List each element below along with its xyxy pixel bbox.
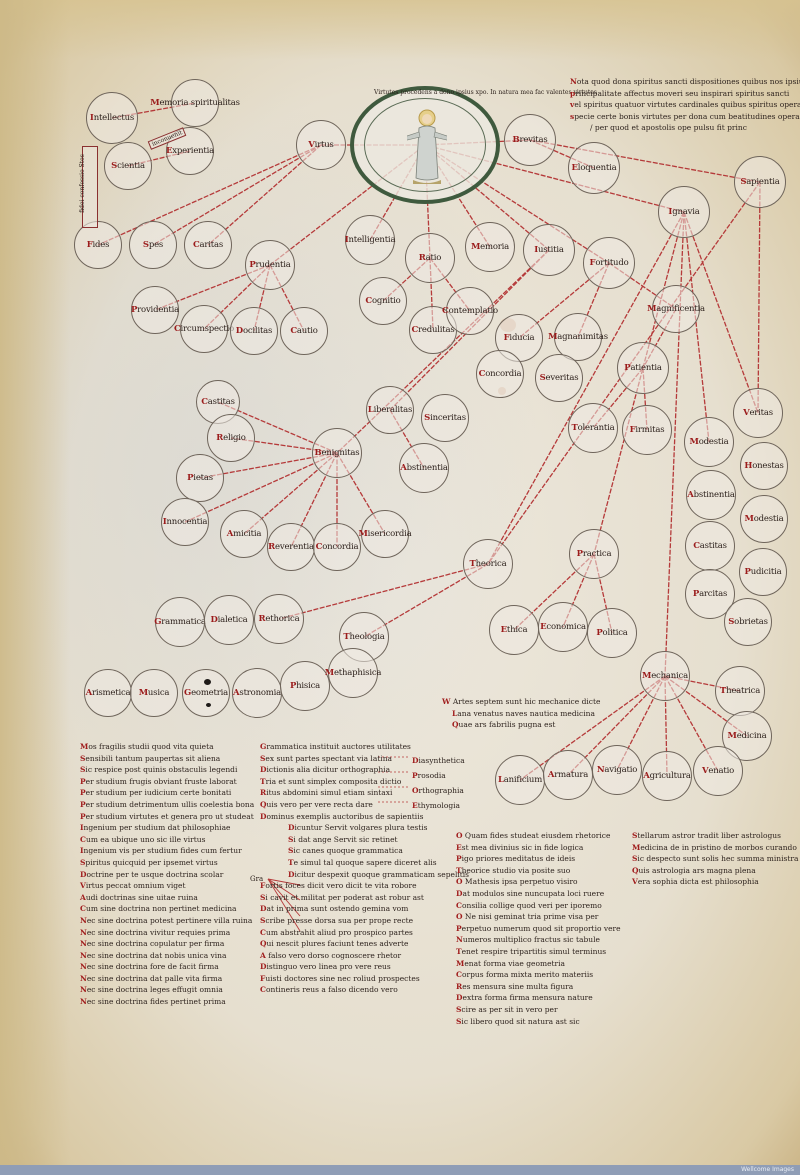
- node-label: Tolerantia: [571, 423, 614, 433]
- text-line: Ethymologia: [412, 798, 465, 813]
- text-column-3: O Quam fides studeat eiusdem rhetoriceEs…: [456, 830, 621, 1027]
- text-line: Dextra forma firma mensura nature: [456, 992, 621, 1004]
- virtue-node-astronomia: Astronomia: [232, 668, 282, 718]
- medallion-caption: Virtutes procedens a dono ipsius xpo. In…: [374, 89, 597, 96]
- node-label: Virtus: [308, 140, 333, 150]
- node-label: Brevitas: [512, 135, 547, 145]
- node-label: Reverentia: [268, 542, 314, 552]
- node-label: Concordia: [479, 369, 522, 379]
- node-label: Memoria spiritualitas: [150, 98, 240, 108]
- node-label: Musica: [139, 688, 170, 698]
- node-label: Spes: [143, 240, 163, 250]
- node-label: Dialetica: [210, 615, 247, 625]
- virtue-node-misericordia: Misericordia: [361, 510, 409, 558]
- virtue-node-economica: Economica: [538, 602, 588, 652]
- text-line: Per studium frugis obviant fruste labora…: [80, 776, 254, 788]
- text-line: Per studium detrimentum ullis coelestia …: [80, 799, 254, 811]
- virtue-node-musica: Musica: [130, 669, 178, 717]
- connector-line: [665, 212, 684, 676]
- text-line: Per studium per iudicium certe bonitati: [80, 787, 254, 799]
- text-line: Te simul tal quoque sapere diceret alis: [260, 857, 469, 869]
- virtue-node-ignavia: Ignavia: [658, 186, 710, 238]
- node-label: Prudentia: [249, 260, 290, 270]
- text-line: Numeros multiplico fractus sic tabule: [456, 934, 621, 946]
- text-line: Contineris reus a falso dicendo vero: [260, 984, 469, 996]
- text-line: Nec sine doctrina copulatur per firma: [80, 938, 254, 950]
- node-label: Venatio: [702, 766, 734, 776]
- virtue-node-eloquentia: Eloquentia: [568, 142, 620, 194]
- virtue-node-intelligentia: Intelligentia: [345, 215, 395, 265]
- text-line: Menat forma viae geometria: [456, 958, 621, 970]
- text-line: Lana venatus naves nautica medicina: [442, 708, 600, 720]
- virtue-node-modestia: Modestia: [684, 417, 734, 467]
- virtue-node-geometria: Geometria: [182, 669, 230, 717]
- node-label: Phisica: [290, 681, 320, 691]
- virtue-node-firmitas: Firmitas: [622, 405, 672, 455]
- node-label: Ignavia: [668, 207, 699, 217]
- text-line: W Artes septem sunt hic mechanice dicte: [442, 696, 600, 708]
- virtue-node-veritas: Veritas: [733, 388, 783, 438]
- text-line: Ingenium per studium dat philosophiae: [80, 822, 254, 834]
- text-line: / per quod et apostolis ope pulsu fit pr…: [570, 122, 800, 134]
- node-label: Cautio: [290, 326, 317, 336]
- text-line: Fortis foces dicit vero dicit te vita ro…: [260, 880, 469, 892]
- node-label: Benignitas: [315, 448, 360, 458]
- node-label: Sapientia: [740, 177, 779, 187]
- text-column-4: Stellarum astror tradit liber astrologus…: [632, 830, 798, 888]
- node-label: Misericordia: [358, 529, 411, 539]
- virtue-node-grammatica: Grammatica: [155, 597, 205, 647]
- text-line: Per studium virtutes et genera pro ut st…: [80, 811, 254, 823]
- virtue-node-sobrietas: Sobrietas: [724, 598, 772, 646]
- virtue-node-honestas: Honestas: [740, 442, 788, 490]
- virtue-node-venatio: Venatio: [693, 746, 743, 796]
- virtue-node-methaphisica: Methaphisica: [328, 648, 378, 698]
- node-label: Intellectus: [90, 113, 134, 123]
- virtue-node-pietas: Pietas: [176, 454, 224, 502]
- virtue-node-religio: Religio: [207, 414, 255, 462]
- node-label: Modestia: [745, 514, 784, 524]
- virtue-node-concordia2: Concordia: [313, 523, 361, 571]
- node-label: Agricultura: [643, 771, 691, 781]
- virtue-node-brevitas: Brevitas: [504, 114, 556, 166]
- node-label: Modestia: [690, 437, 729, 447]
- text-line: Dicuntur Servit volgares plura testis: [260, 822, 469, 834]
- virtue-node-arismetica: Arismetica: [84, 669, 132, 717]
- node-label: Mechanica: [642, 671, 688, 681]
- text-line: O Mathesis ipsa perpetuo visiro: [456, 876, 621, 888]
- text-line: O Ne nisi geminat tria prime visa per: [456, 911, 621, 923]
- node-label: Magnanimitas: [548, 332, 608, 342]
- virtue-node-abstinencia: Abstinentia: [686, 470, 736, 520]
- text-line: Si cavit et militat per poderat ast robu…: [260, 892, 469, 904]
- node-label: Lanificium: [498, 775, 542, 785]
- text-line: Cum sine doctrina non pertinet medicina: [80, 903, 254, 915]
- node-label: Pietas: [187, 473, 213, 483]
- ink-blot: [206, 703, 211, 707]
- text-line: Quae ars fabrilis pugna est: [442, 719, 600, 731]
- text-line: Scribe presse dorsa sua per prope recte: [260, 915, 469, 927]
- text-line: Res mensura sine multa figura: [456, 981, 621, 993]
- virtue-node-ratio: Ratio: [405, 233, 455, 283]
- ink-blot: [204, 679, 211, 685]
- text-line: Quis astrologia ars magna plena: [632, 865, 798, 877]
- node-label: Eloquentia: [572, 163, 617, 173]
- virtue-node-navigatio: Navigatio: [592, 745, 642, 795]
- node-label: Caritas: [193, 240, 223, 250]
- text-line: Nec sine doctrina potest pertinere villa…: [80, 915, 254, 927]
- virtue-node-concordia: Concordia: [476, 350, 524, 398]
- node-label: Amicitia: [227, 529, 261, 539]
- node-label: Circumspectio: [174, 324, 234, 334]
- node-label: Liberalitas: [368, 405, 412, 415]
- node-label: Politica: [596, 628, 627, 638]
- text-line: Cum ea ubique uno sic ille virtus: [80, 834, 254, 846]
- node-label: Credulitas: [411, 325, 454, 335]
- text-line: Si dat ange Servit sic retinet: [260, 834, 469, 846]
- text-line: Tenet respire tripartitis simul terminus: [456, 946, 621, 958]
- node-label: Pudicitia: [745, 567, 782, 577]
- virtue-node-dialetica: Dialetica: [204, 595, 254, 645]
- virtue-node-rethorica: Rethorica: [254, 594, 304, 644]
- node-label: Honestas: [744, 461, 783, 471]
- virtue-node-pudicitia: Pudicitia: [739, 548, 787, 596]
- text-line: Diasynthetica: [412, 753, 465, 768]
- node-label: Intelligentia: [345, 235, 396, 245]
- text-line: Orthographia: [412, 783, 465, 798]
- virtue-node-memoria: Memoria: [465, 222, 515, 272]
- virtue-node-contemplatio: Contemplatio: [446, 287, 494, 335]
- virtue-node-ethica: Ethica: [489, 605, 539, 655]
- node-label: Religio: [216, 433, 245, 443]
- node-label: Economica: [540, 622, 586, 632]
- grammar-bracket-label: Gra: [250, 875, 263, 883]
- text-line: Audi doctrinas sine uitae ruina: [80, 892, 254, 904]
- text-line: Ingenium vis per studium fides cum fertu…: [80, 845, 254, 857]
- node-label: Innocentia: [163, 517, 208, 527]
- text-line: Sensibili tantum paupertas sit aliena: [80, 753, 254, 765]
- text-line: Spiritus quicquid per ipsemet virtus: [80, 857, 254, 869]
- node-label: Contemplatio: [442, 306, 498, 316]
- node-label: Abstinentia: [400, 463, 448, 473]
- text-line: Sic despecto sunt solis hec summa minist…: [632, 853, 798, 865]
- virtue-node-patientia: Patientia: [617, 342, 669, 394]
- node-label: Fiducia: [504, 333, 535, 343]
- virtue-node-sinceritas: Sinceritas: [421, 394, 469, 442]
- node-label: Theatrica: [720, 686, 760, 696]
- node-label: Castitas: [693, 541, 727, 551]
- node-label: Docilitas: [236, 326, 272, 336]
- virtue-node-docilitas: Docilitas: [230, 307, 278, 355]
- node-label: Arismetica: [86, 688, 131, 698]
- node-label: Severitas: [540, 373, 579, 383]
- text-line: Theorice studio via posite suo: [456, 865, 621, 877]
- text-line: Nec sine doctrina dat nobis unica vina: [80, 950, 254, 962]
- virtue-node-scientia: Scientia: [104, 142, 152, 190]
- node-label: Armatura: [548, 770, 588, 780]
- node-label: Abstinentia: [687, 490, 735, 500]
- virtue-node-theatrica: Theatrica: [715, 666, 765, 716]
- virtue-node-mechanica: Mechanica: [640, 651, 690, 701]
- christ-medallion: Virtutes procedens a dono ipsius xpo. In…: [350, 86, 500, 204]
- virtue-node-intellectus: Intellectus: [86, 92, 138, 144]
- virtue-node-phisica: Phisica: [280, 661, 330, 711]
- virtue-node-cognitio: Cognitio: [359, 277, 407, 325]
- virtue-node-fides: Fides: [74, 221, 122, 269]
- virtue-node-politica: Politica: [587, 608, 637, 658]
- text-line: Virtus peccat omnium viget: [80, 880, 254, 892]
- virtue-node-providentia: Providentia: [131, 286, 179, 334]
- connector-line: [279, 564, 488, 619]
- text-line: Dicitur despexit quoque grammaticam sepe…: [260, 869, 469, 881]
- virtue-node-liberalitas: Liberalitas: [366, 386, 414, 434]
- node-label: Medicina: [727, 731, 766, 741]
- node-label: Experientia: [166, 146, 214, 156]
- text-line: Cum abstrahit aliud pro prospico partes: [260, 927, 469, 939]
- text-line: Mos fragilis studii quod vita quieta: [80, 741, 254, 753]
- virtue-node-prudentia: Prudentia: [245, 240, 295, 290]
- virtue-node-theorica: Theorica: [463, 539, 513, 589]
- text-line: principalitate affectus moveri seu inspi…: [570, 88, 800, 100]
- virtue-node-severitas: Severitas: [535, 354, 583, 402]
- node-label: Veritas: [743, 408, 773, 418]
- virtue-node-reverentia: Reverentia: [267, 523, 315, 571]
- text-line: specie certe bonis virtutes per dona cum…: [570, 111, 800, 123]
- virtue-node-amicitia: Amicitia: [220, 510, 268, 558]
- virtue-node-modestia2: Modestia: [740, 495, 788, 543]
- node-label: Navigatio: [597, 765, 637, 775]
- node-label: Grammatica: [154, 617, 206, 627]
- connector-line: [758, 182, 760, 413]
- node-label: Sinceritas: [424, 413, 466, 423]
- virtue-node-practica: Practica: [569, 529, 619, 579]
- top-note: Nota quod dona spiritus sancti dispositi…: [570, 76, 800, 134]
- text-line: Distinguo vero linea pro vere reus: [260, 961, 469, 973]
- connector-line: [530, 140, 760, 182]
- text-line: Nec sine doctrina fides pertinet prima: [80, 996, 254, 1008]
- text-line: O Quam fides studeat eiusdem rhetorice: [456, 830, 621, 842]
- text-line: Stellarum astror tradit liber astrologus: [632, 830, 798, 842]
- text-line: Nec sine doctrina leges effugit omnia: [80, 984, 254, 996]
- node-label: Concordia: [316, 542, 359, 552]
- text-line: Nec sine doctrina fore de facit firma: [80, 961, 254, 973]
- node-label: Parcitas: [693, 589, 727, 599]
- manuscript-page: Virtutes procedens a dono ipsius xpo. In…: [0, 0, 800, 1165]
- text-line: Vera sophia dicta est philosophia: [632, 876, 798, 888]
- virtue-node-lanificium: Lanificium: [495, 755, 545, 805]
- node-label: Rethorica: [259, 614, 300, 624]
- text-line: Corpus forma mixta merito materiis: [456, 969, 621, 981]
- footer-bar: Wellcome Images: [0, 1165, 800, 1175]
- node-label: Firmitas: [630, 425, 665, 435]
- node-label: Scientia: [111, 161, 145, 171]
- text-line: Dat modulos sine nuncupata loci ruere: [456, 888, 621, 900]
- node-label: Iustitia: [534, 245, 564, 255]
- text-line: Sic respice post quinis obstaculis legen…: [80, 764, 254, 776]
- virtue-node-sapientia: Sapientia: [734, 156, 786, 208]
- virtue-node-memoria-humanitas: Memoria spiritualitas: [171, 79, 219, 127]
- vertical-scroll-label: fidei confessio Stos: [82, 146, 98, 228]
- text-line: Fuisti doctores sine nec roliud prospect…: [260, 973, 469, 985]
- virtue-node-circumspectio: Circumspectio: [180, 305, 228, 353]
- node-label: Memoria: [471, 242, 509, 252]
- node-label: Cognitio: [365, 296, 400, 306]
- mechanica-note: W Artes septem sunt hic mechanice dicte …: [442, 696, 600, 731]
- node-label: Sobrietas: [728, 617, 768, 627]
- virtue-node-fortitudo: Fortitudo: [583, 237, 635, 289]
- node-label: Magnificentia: [647, 304, 705, 314]
- virtue-node-cautio: Cautio: [280, 307, 328, 355]
- virtue-node-benignitas: Benignitas: [312, 428, 362, 478]
- christ-figure-icon: [407, 108, 447, 188]
- text-line: A falso vero dorso cognoscere rhetor: [260, 950, 469, 962]
- node-label: Theorica: [470, 559, 507, 569]
- virtue-node-armatura: Armatura: [543, 750, 593, 800]
- node-label: Methaphisica: [325, 668, 382, 678]
- node-label: Practica: [577, 549, 612, 559]
- virtue-node-spes: Spes: [129, 221, 177, 269]
- image-credit: Wellcome Images: [741, 1165, 794, 1175]
- node-label: Fortitudo: [589, 258, 628, 268]
- text-line: Nec sine doctrina vivitur requies prima: [80, 927, 254, 939]
- text-line: Perpetuo numerum quod sit proportio vere: [456, 923, 621, 935]
- text-line: Grammatica instituit auctores utilitates: [260, 741, 469, 753]
- text-line: Consilia collige quod veri per iporemo: [456, 900, 621, 912]
- text-line: Sic canes quoque grammatica: [260, 845, 469, 857]
- text-line: Doctrine per te usque doctrina scolar: [80, 869, 254, 881]
- node-label: Theologia: [343, 632, 384, 642]
- node-label: Castitas: [201, 397, 235, 407]
- grammar-parts-list: DiasyntheticaProsodiaOrthographiaEthymol…: [412, 753, 465, 813]
- virtue-node-caritas: Caritas: [184, 221, 232, 269]
- virtue-node-castitas2: Castitas: [685, 521, 735, 571]
- virtue-node-innocentia: Innocentia: [161, 498, 209, 546]
- text-line: Prosodia: [412, 768, 465, 783]
- node-label: Geometria: [184, 688, 228, 698]
- node-label: Ratio: [419, 253, 441, 263]
- node-label: Astronomia: [233, 688, 281, 698]
- text-line: Sic libero quod sit natura ast sic: [456, 1016, 621, 1028]
- text-line: Est mea divinius sic in fide logica: [456, 842, 621, 854]
- text-line: Scire as per sit in vero per: [456, 1004, 621, 1016]
- node-label: Patientia: [624, 363, 662, 373]
- text-line: Nota quod dona spiritus sancti dispositi…: [570, 76, 800, 88]
- node-label: Providentia: [131, 305, 179, 315]
- virtue-node-iustitia: Iustitia: [523, 224, 575, 276]
- virtue-node-virtus: Virtus: [296, 120, 346, 170]
- virtue-node-abstinentia: Abstinentia: [399, 443, 449, 493]
- text-line: Dat in prima sunt ostendo gemina vom: [260, 903, 469, 915]
- node-label: Fides: [87, 240, 110, 250]
- virtue-node-magnificentia: Magnificentia: [652, 285, 700, 333]
- text-line: vel spiritus quatuor virtutes cardinales…: [570, 99, 800, 111]
- text-line: Pigo priores meditatus de ideis: [456, 853, 621, 865]
- text-line: Medicina de in pristino de morbos curand…: [632, 842, 798, 854]
- text-line: Qui nescit plures faciunt tenes adverte: [260, 938, 469, 950]
- vertical-label-text: fidei confessio Stos: [79, 154, 86, 213]
- text-line: Nec sine doctrina dat palle vita firma: [80, 973, 254, 985]
- virtue-node-agricultura: Agricultura: [642, 751, 692, 801]
- virtue-node-tolerantia: Tolerantia: [568, 403, 618, 453]
- text-column-1: Mos fragilis studii quod vita quietaSens…: [80, 741, 254, 1008]
- node-label: Ethica: [501, 625, 528, 635]
